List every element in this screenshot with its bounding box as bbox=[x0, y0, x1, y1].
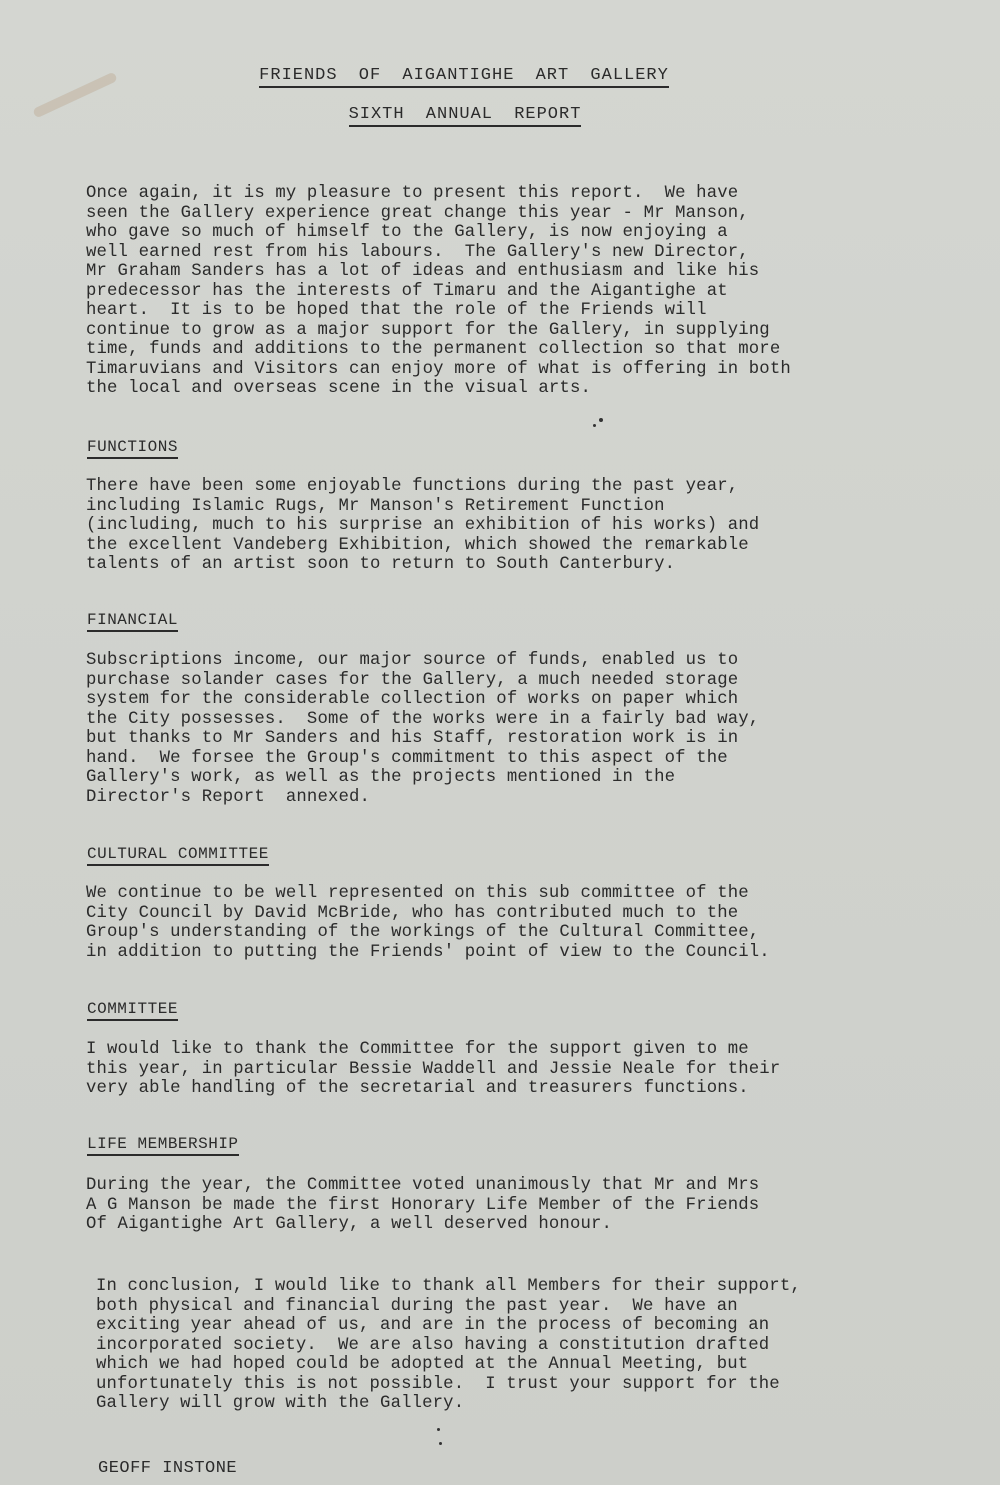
paper-page: FRIENDS OF AIGANTIGHE ART GALLERY SIXTH … bbox=[0, 0, 1000, 1485]
ink-speck bbox=[599, 418, 603, 422]
financial-paragraph: Subscriptions income, our major source o… bbox=[86, 651, 759, 807]
title-text: FRIENDS OF AIGANTIGHE ART GALLERY bbox=[259, 66, 669, 88]
functions-paragraph: There have been some enjoyable functions… bbox=[86, 477, 759, 575]
conclusion-paragraph: In conclusion, I would like to thank all… bbox=[96, 1277, 801, 1414]
heading-life-membership: LIFE MEMBERSHIP bbox=[87, 1135, 239, 1156]
life-membership-paragraph: During the year, the Committee voted una… bbox=[86, 1176, 759, 1235]
signature: GEOFF INSTONE bbox=[98, 1459, 237, 1478]
subtitle-text: SIXTH ANNUAL REPORT bbox=[349, 105, 582, 127]
document-subtitle: SIXTH ANNUAL REPORT bbox=[0, 105, 965, 124]
heading-cultural-committee: CULTURAL COMMITTEE bbox=[87, 845, 269, 866]
heading-functions: FUNCTIONS bbox=[87, 438, 178, 459]
ink-speck bbox=[437, 1428, 440, 1431]
committee-paragraph: I would like to thank the Committee for … bbox=[86, 1040, 780, 1099]
ink-speck bbox=[439, 1442, 442, 1445]
cultural-committee-paragraph: We continue to be well represented on th… bbox=[86, 884, 770, 962]
heading-committee: COMMITTEE bbox=[87, 1000, 178, 1021]
heading-financial: FINANCIAL bbox=[87, 611, 178, 632]
intro-paragraph: Once again, it is my pleasure to present… bbox=[86, 184, 791, 399]
ink-speck bbox=[593, 424, 596, 427]
document-title: FRIENDS OF AIGANTIGHE ART GALLERY bbox=[0, 66, 964, 85]
